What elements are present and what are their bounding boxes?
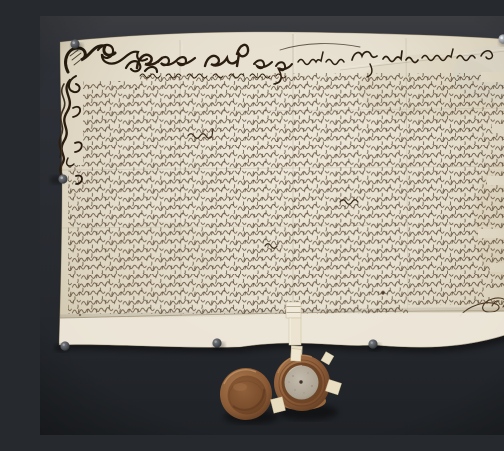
photo-canvas [40,16,504,435]
vignette-overlay [40,16,504,435]
charter-photograph: Photograph of an early-modern parchment … [40,16,504,435]
